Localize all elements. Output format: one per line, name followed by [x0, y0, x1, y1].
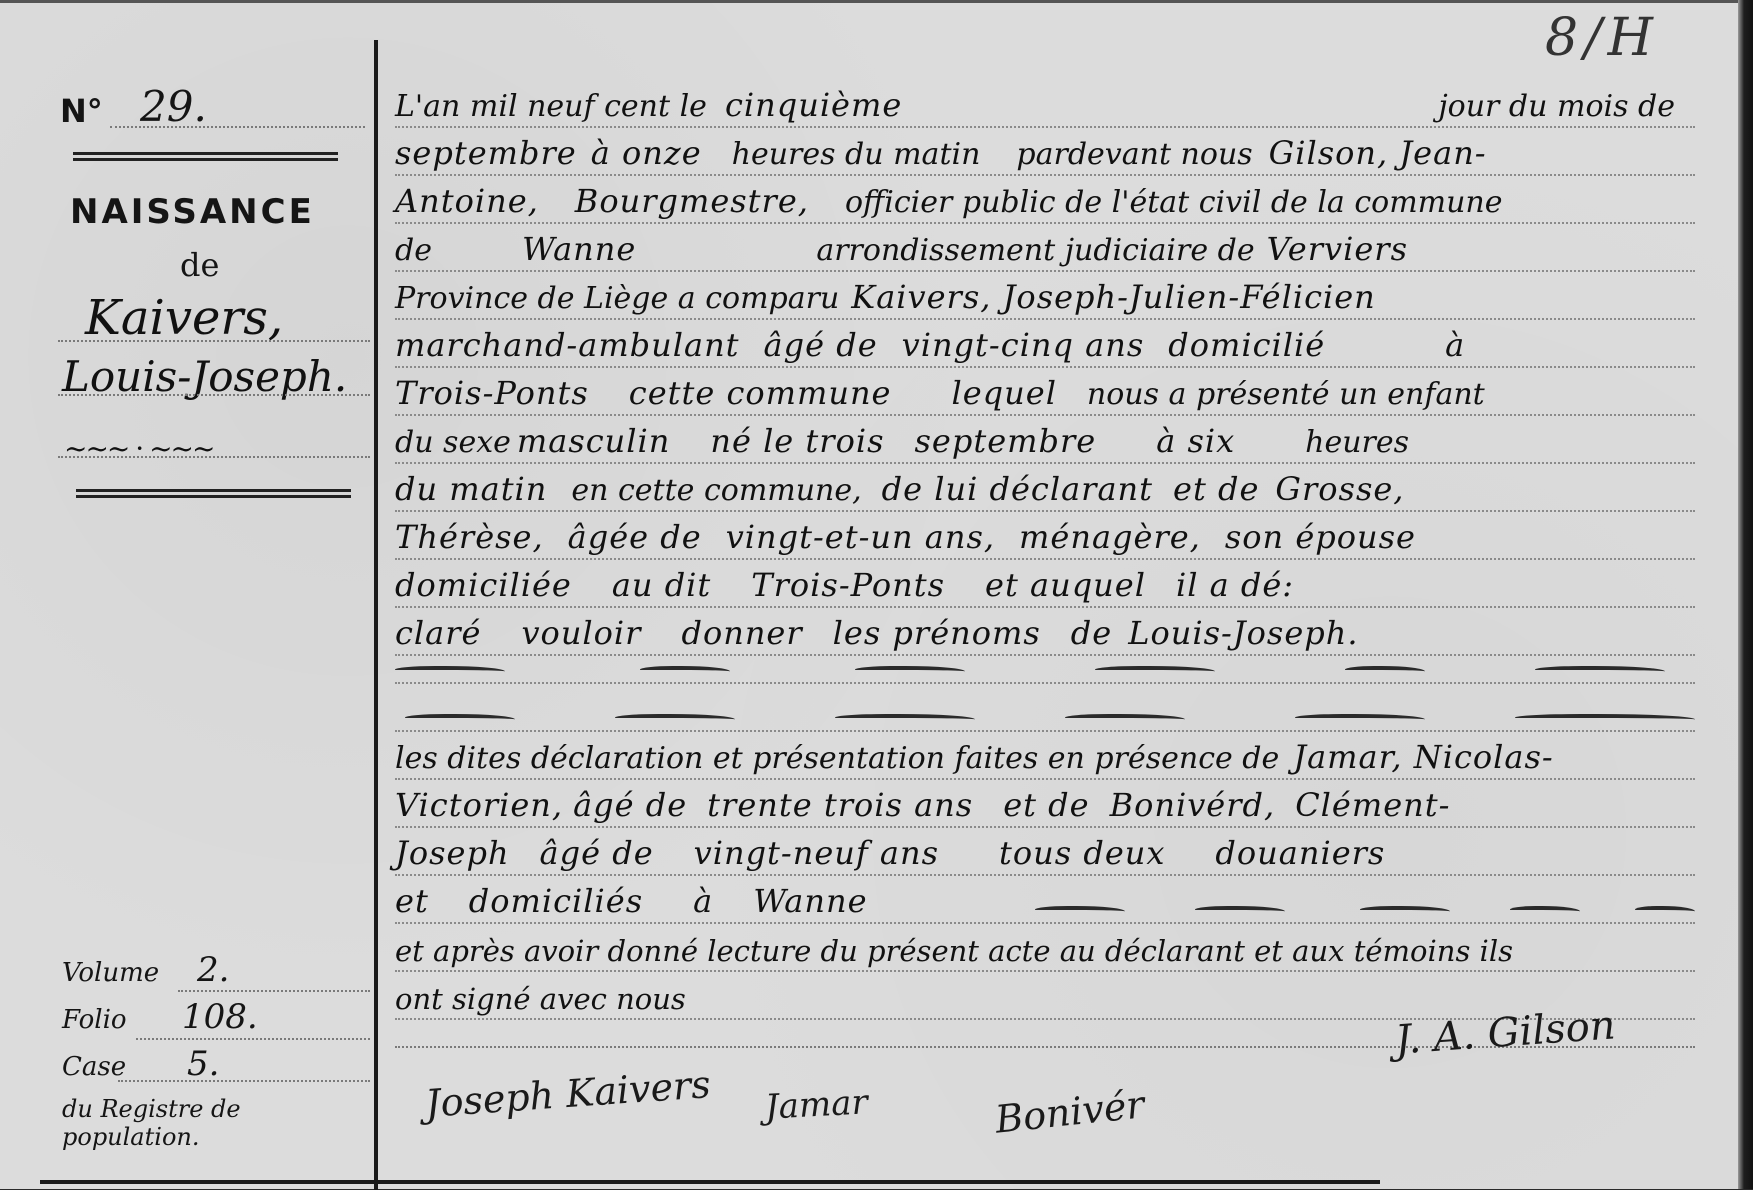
- act-line-10: Thérèse, âgée de vingt-et-un ans, ménagè…: [395, 510, 1695, 560]
- double-rule: [76, 489, 351, 498]
- filler-flourish: [1195, 906, 1285, 916]
- filler-flourish: [1515, 714, 1695, 724]
- filler-flourish: [1535, 666, 1665, 676]
- filler-flourish: [640, 666, 730, 676]
- closing-line-1: et après avoir donné lecture du présent …: [395, 922, 1695, 972]
- filler-flourish: [1510, 906, 1580, 916]
- dotted-line: [58, 340, 370, 342]
- folio-value: 108.: [182, 997, 258, 1037]
- act-line-12: claré vouloir donner les prénoms de Loui…: [395, 606, 1695, 656]
- filler-flourish: [1295, 714, 1425, 724]
- filler-row: [395, 700, 1695, 732]
- filler-flourish: [835, 714, 975, 724]
- filler-flourish: [395, 666, 505, 676]
- register-volume: Volume 2.: [62, 958, 159, 988]
- act-line-9: du matin en cette commune, de lui déclar…: [395, 462, 1695, 512]
- act-heading: NAISSANCE: [70, 192, 315, 232]
- act-line-6: marchand-ambulant âgé de vingt-cinq ans …: [395, 318, 1695, 368]
- act-line-1: L'an mil neuf cent le cinquième jour du …: [395, 78, 1695, 128]
- act-line-2: septembre à onze heures du matin pardeva…: [395, 126, 1695, 176]
- margin-panel: N° 29. NAISSANCE de Kaivers, Louis-Josep…: [0, 0, 374, 1189]
- filler-flourish: [405, 714, 515, 724]
- dotted-line: [136, 1038, 370, 1040]
- witness-line-3: Joseph âgé de vingt-neuf ans tous deux d…: [395, 826, 1695, 876]
- column-divider: [374, 40, 378, 1189]
- witness-line-1: les dites déclaration et présentation fa…: [395, 730, 1695, 780]
- signature-witness-2: Bonivér: [993, 1082, 1146, 1141]
- register-case: Case 5.: [62, 1052, 126, 1082]
- filler-flourish: [1035, 906, 1125, 916]
- dotted-line: [58, 394, 370, 396]
- act-line-8: du sexe masculin né le trois septembre à…: [395, 414, 1695, 464]
- child-surname: Kaivers,: [85, 290, 283, 346]
- filler-flourish: [615, 714, 735, 724]
- act-number-value: 29.: [140, 82, 207, 131]
- filler-flourish: [1095, 666, 1215, 676]
- filler-flourish: [1345, 666, 1425, 676]
- filler-row: [395, 652, 1695, 684]
- dotted-line: [118, 1080, 370, 1082]
- double-rule: [73, 152, 338, 161]
- register-folio: Folio 108.: [62, 1005, 127, 1035]
- register-page: N° 29. NAISSANCE de Kaivers, Louis-Josep…: [0, 0, 1738, 1189]
- heading-de: de: [180, 246, 219, 284]
- filler-row: [395, 892, 1695, 922]
- act-number-row: N° 29.: [60, 92, 365, 132]
- filler-flourish: ~~~ · ~~~: [64, 432, 213, 465]
- filler-flourish: [1065, 714, 1185, 724]
- act-line-4: de Wanne arrondissement judiciaire de Ve…: [395, 222, 1695, 272]
- volume-value: 2.: [197, 950, 229, 990]
- act-line-7: Trois-Ponts cette commune lequel nous a …: [395, 366, 1695, 416]
- volume-label: Volume: [62, 958, 159, 988]
- witness-line-2: Victorien, âgé de trente trois ans et de…: [395, 778, 1695, 828]
- dotted-line: [110, 126, 365, 128]
- filler-flourish: [855, 666, 965, 676]
- signature-declarant: Joseph Kaivers: [424, 1062, 712, 1126]
- case-label: Case: [62, 1052, 126, 1082]
- signature-witness-1: Jamar: [764, 1082, 869, 1127]
- dotted-line: [58, 456, 370, 458]
- register-footer: du Registre de population.: [62, 1095, 374, 1151]
- act-line-3: Antoine, Bourgmestre, officier public de…: [395, 174, 1695, 224]
- act-line-5: Province de Liège a comparu Kaivers, Jos…: [395, 270, 1695, 320]
- page-right-edge: [1738, 0, 1753, 1189]
- folio-label: Folio: [62, 1005, 127, 1035]
- filler-flourish: [1360, 906, 1450, 916]
- filler-flourish: [1635, 906, 1695, 916]
- bottom-rule: [40, 1180, 1380, 1184]
- dotted-line: [178, 990, 370, 992]
- act-number-label: N°: [60, 92, 103, 130]
- act-body: L'an mil neuf cent le cinquième jour du …: [395, 0, 1725, 1189]
- case-value: 5.: [187, 1044, 219, 1084]
- act-line-11: domiciliée au dit Trois-Ponts et auquel …: [395, 558, 1695, 608]
